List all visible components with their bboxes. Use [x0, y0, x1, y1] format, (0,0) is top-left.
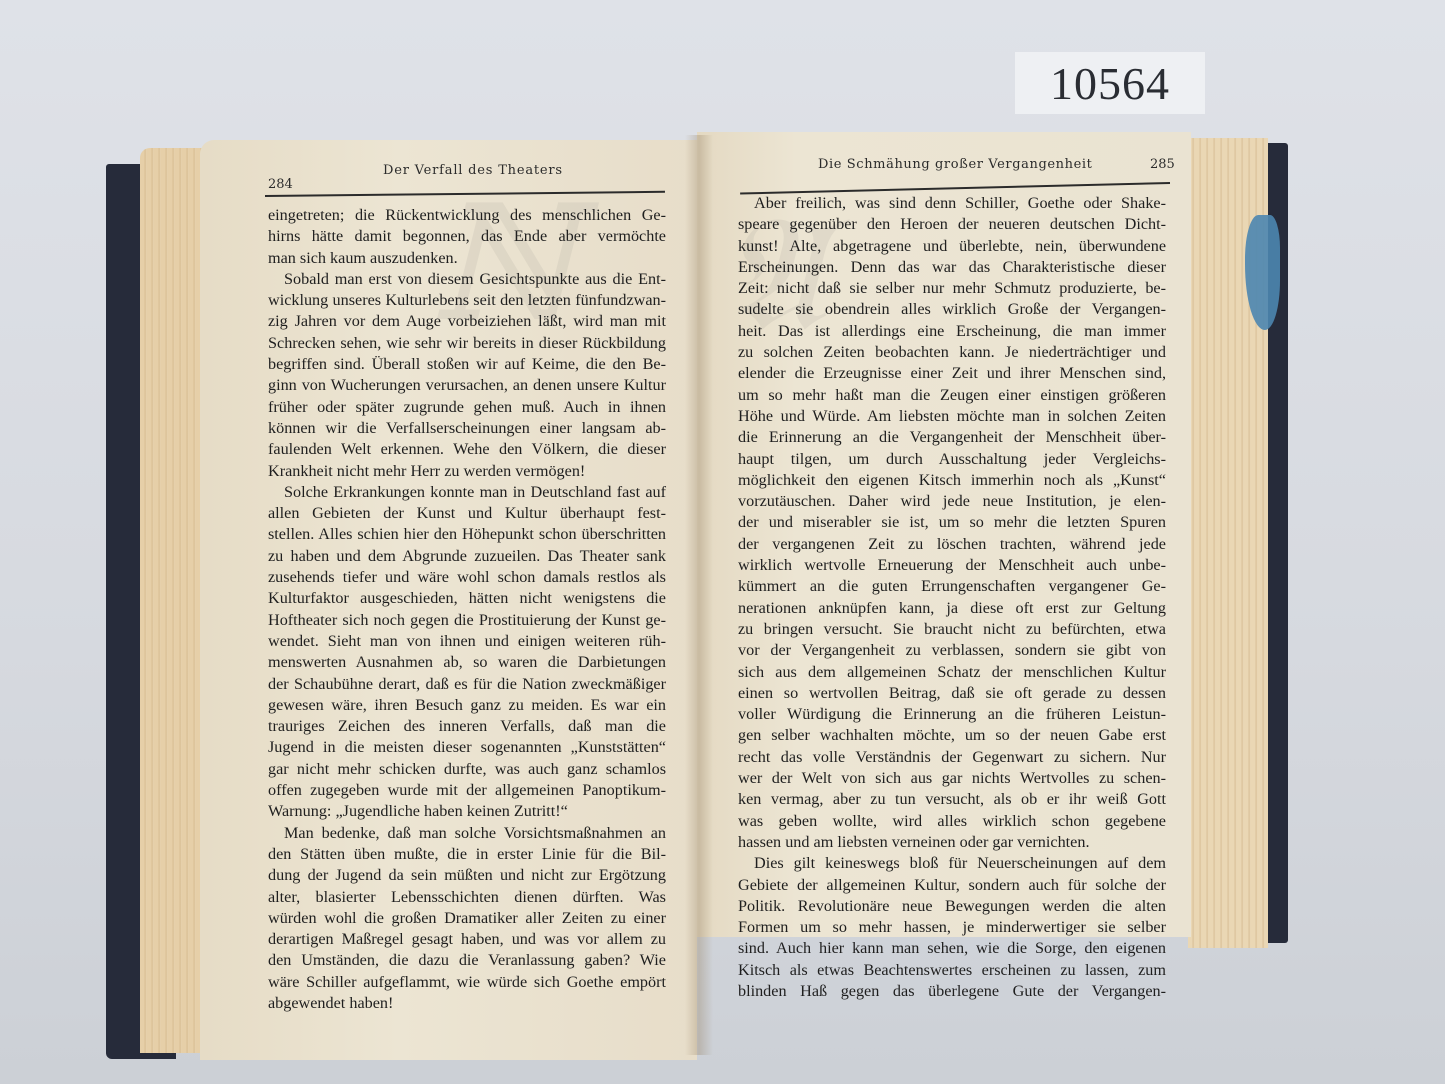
text-line: zusehends tiefer und wäre wohl schon dam…: [268, 567, 666, 588]
text-line: offen zugegeben wurde mit der allgemeine…: [268, 780, 666, 801]
book-gutter: [685, 135, 713, 1055]
page-edges-left: [140, 148, 208, 1053]
text-line: wendet. Sieht man von ihnen und einigen …: [268, 631, 666, 652]
text-line: Erscheinungen. Denn das war das Charakte…: [738, 257, 1166, 278]
text-line: voller Würdigung die Erinnerung an die f…: [738, 704, 1166, 725]
text-line: sudelte sie obendrein alles wirklich Gro…: [738, 299, 1166, 320]
text-line: hirns hätte damit begonnen, das Ende abe…: [268, 226, 666, 247]
text-line: um so mehr haßt man die Zeugen einer ein…: [738, 385, 1166, 406]
right-page-text: Aber freilich, was sind denn Schiller, G…: [738, 193, 1166, 1002]
text-line: der und miserabler sie ist, um so mehr d…: [738, 512, 1166, 533]
left-page-text: eingetreten; die Rückentwicklung des men…: [268, 205, 666, 1014]
text-line: können wir die Verfallserscheinungen ein…: [268, 418, 666, 439]
text-line: Dies gilt keineswegs bloß für Neuerschei…: [738, 853, 1166, 874]
text-line: den Umständen, die dazu die Veranlassung…: [268, 950, 666, 971]
text-line: Sobald man erst von diesem Gesichtspunkt…: [268, 269, 666, 290]
text-line: eingetreten; die Rückentwicklung des men…: [268, 205, 666, 226]
text-line: Formen um so mehr hassen, je minderwerti…: [738, 917, 1166, 938]
text-line: blinden Haß gegen das überlegene Gute de…: [738, 981, 1166, 1002]
text-line: den Stätten üben mußte, die in erster Li…: [268, 844, 666, 865]
text-line: früher oder später zugrunde gehen muß. A…: [268, 397, 666, 418]
text-line: ken vermag, aber zu tun versucht, als ob…: [738, 789, 1166, 810]
text-line: faulenden Welt erkennen. Wehe den Völker…: [268, 439, 666, 460]
text-line: alter, blasierter Lebensschichten dienen…: [268, 887, 666, 908]
text-line: vorzutäuschen. Daher wird jede neue Inst…: [738, 491, 1166, 512]
right-running-head: Die Schmähung großer Vergangenheit: [818, 157, 1092, 172]
text-line: sich aus dem allgemeinen Schatz der mens…: [738, 662, 1166, 683]
text-line: haupt tilgen, um durch Ausschaltung jede…: [738, 449, 1166, 470]
text-line: was geben wollte, wird alles wirklich sc…: [738, 811, 1166, 832]
text-line: zu bringen versucht. Sie braucht nicht z…: [738, 619, 1166, 640]
text-line: Krankheit nicht mehr Herr zu werden verm…: [268, 461, 666, 482]
text-line: der Schaubühne derart, daß es für die Na…: [268, 674, 666, 695]
right-page-number: 285: [1150, 157, 1175, 172]
text-line: speare gegenüber den Heroen der neueren …: [738, 214, 1166, 235]
text-line: gar nicht mehr schicken durfte, was auch…: [268, 759, 666, 780]
text-line: vor der Vergangenheit zu verblassen, son…: [738, 640, 1166, 661]
text-line: allen Gebieten der Kunst und Kultur über…: [268, 503, 666, 524]
text-line: man sich kaum auszudenken.: [268, 248, 666, 269]
text-line: stellen. Alles schien hier den Höhepunkt…: [268, 524, 666, 545]
text-line: sind. Auch hier kann man sehen, wie die …: [738, 938, 1166, 959]
text-line: gewesen wäre, ihren Besuch ganz zu meide…: [268, 695, 666, 716]
text-line: nerationen anknüpfen kann, ja diese oft …: [738, 598, 1166, 619]
text-line: heit. Das ist allerdings eine Erscheinun…: [738, 321, 1166, 342]
text-line: kümmert an die guten Errungenschaften ve…: [738, 576, 1166, 597]
text-line: zig Jahren vor dem Auge vorbeiziehen läß…: [268, 311, 666, 332]
text-line: Kitsch als etwas Beachtenswertes erschei…: [738, 960, 1166, 981]
text-line: menswerten Ausnahmen ab, so waren die Da…: [268, 652, 666, 673]
text-line: Hoftheater sich noch gegen die Prostitui…: [268, 610, 666, 631]
inventory-number: 10564: [1050, 57, 1170, 110]
text-line: wer der Welt von sich aus gar nichts Wer…: [738, 768, 1166, 789]
text-line: gen selber wachhalten möchte, um so der …: [738, 725, 1166, 746]
text-line: trauriges Zeichen des inneren Verfalls, …: [268, 716, 666, 737]
text-line: Warnung: „Jugendliche haben keinen Zutri…: [268, 801, 666, 822]
text-line: abgewendet haben!: [268, 993, 666, 1014]
text-line: dung der Jugend da sein müßten und nicht…: [268, 865, 666, 886]
text-line: Höhe und Würde. Am liebsten möchte man i…: [738, 406, 1166, 427]
text-line: Aber freilich, was sind denn Schiller, G…: [738, 193, 1166, 214]
text-line: wäre Schiller aufgeflammt, wie würde sic…: [268, 972, 666, 993]
text-line: einen so wertvollen Beitrag, daß sie oft…: [738, 683, 1166, 704]
text-line: würden wohl die großen Dramatiker aller …: [268, 908, 666, 929]
text-line: Solche Erkrankungen konnte man in Deutsc…: [268, 482, 666, 503]
text-line: Jugend in die meisten dieser sogenannten…: [268, 737, 666, 758]
text-line: Politik. Revolutionäre neue Bewegungen w…: [738, 896, 1166, 917]
text-line: Schrecken sehen, wie sehr wir bereits in…: [268, 333, 666, 354]
text-line: Zeit: nicht daß sie selber nur mehr Schm…: [738, 278, 1166, 299]
text-line: kunst! Alte, abgetragene und überlebte, …: [738, 236, 1166, 257]
text-line: derartigen Maßregel gesagt haben, und wa…: [268, 929, 666, 950]
text-line: ginn von Wucherungen verursachen, an den…: [268, 375, 666, 396]
text-line: der vergangenen Zeit zu löschen trachten…: [738, 534, 1166, 555]
text-line: möglichkeit den eigenen Kitsch immerhin …: [738, 470, 1166, 491]
text-line: zu solchen Zeiten beobachten kann. Je ni…: [738, 342, 1166, 363]
text-line: die Erinnerung an die Vergangenheit der …: [738, 427, 1166, 448]
inventory-label-card: 10564: [1015, 52, 1205, 114]
left-running-head: Der Verfall des Theaters: [383, 163, 563, 178]
left-page-number: 284: [268, 177, 293, 192]
text-line: hassen und am liebsten verneinen oder ga…: [738, 832, 1166, 853]
text-line: elender die Erzeugnisse einer Zeit und i…: [738, 363, 1166, 384]
text-line: begriffen sind. Überall stoßen wir auf K…: [268, 354, 666, 375]
text-line: Man bedenke, daß man solche Vorsichtsmaß…: [268, 823, 666, 844]
text-line: Kulturfaktor ausgeschieden, hätten nicht…: [268, 588, 666, 609]
text-line: Gebiete der allgemeinen Kultur, sondern …: [738, 875, 1166, 896]
text-line: zu haben und dem Abgrunde zuzueilen. Das…: [268, 546, 666, 567]
text-line: recht das volle Verständnis der Gegenwar…: [738, 747, 1166, 768]
text-line: wicklung unseres Kulturlebens seit den l…: [268, 290, 666, 311]
text-line: wirklich wertvolle Erneuerung der Mensch…: [738, 555, 1166, 576]
